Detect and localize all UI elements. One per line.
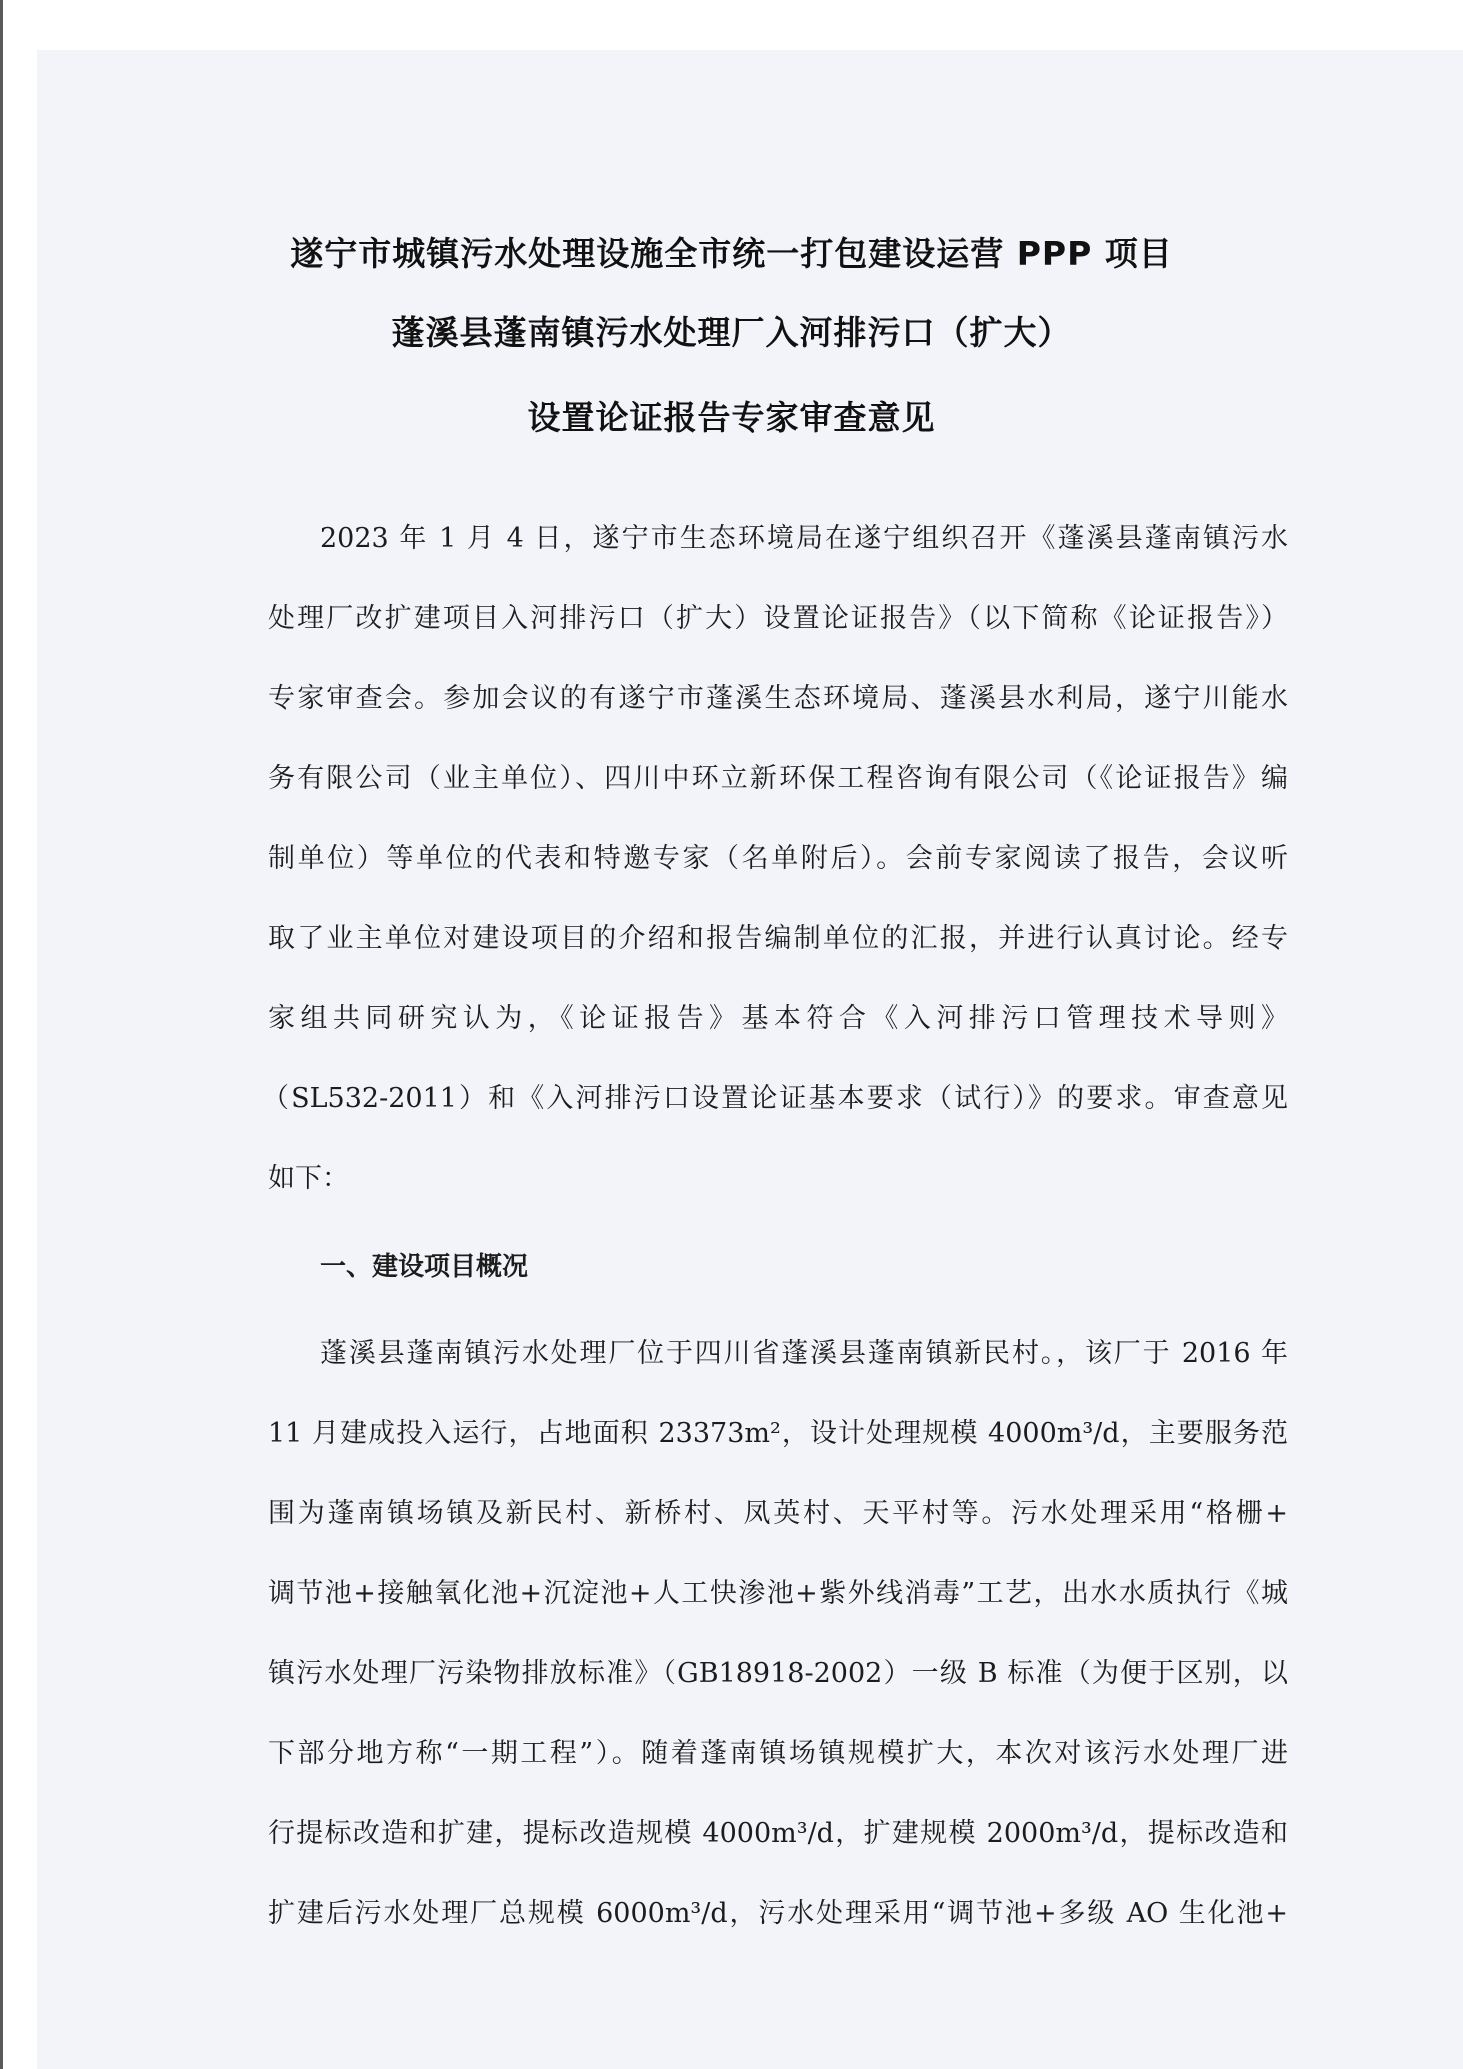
text-line: 制单位）等单位的代表和特邀专家（名单附后）。会前专家阅读了报告，会议听 bbox=[268, 842, 1288, 876]
text-line: 如下： bbox=[268, 1162, 1288, 1196]
section-heading-1: 一、建设项目概况 bbox=[320, 1250, 528, 1284]
text-line: 镇污水处理厂污染物排放标准》（GB18918-2002）一级 B 标准（为便于区… bbox=[268, 1657, 1288, 1691]
text-line: 专家审查会。参加会议的有遂宁市蓬溪生态环境局、蓬溪县水利局，遂宁川能水 bbox=[268, 682, 1288, 716]
text-line: （SL532-2011）和《入河排污口设置论证基本要求（试行）》的要求。审查意见 bbox=[262, 1082, 1288, 1116]
text-line: 调节池+接触氧化池+沉淀池+人工快渗池+紫外线消毒”工艺，出水水质执行《城 bbox=[268, 1577, 1288, 1611]
text-line: 行提标改造和扩建，提标改造规模 4000m³/d，扩建规模 2000m³/d，提… bbox=[268, 1817, 1288, 1851]
text-line: 家组共同研究认为，《论证报告》基本符合《入河排污口管理技术导则》 bbox=[268, 1002, 1288, 1036]
text-line: 2023 年 1 月 4 日，遂宁市生态环境局在遂宁组织召开《蓬溪县蓬南镇污水 bbox=[320, 522, 1288, 556]
title-line-2: 蓬溪县蓬南镇污水处理厂入河排污口（扩大） bbox=[0, 307, 1463, 354]
text-line: 下部分地方称“一期工程”）。随着蓬南镇场镇规模扩大，本次对该污水处理厂进 bbox=[268, 1737, 1288, 1771]
title-line-1: 遂宁市城镇污水处理设施全市统一打包建设运营 PPP 项目 bbox=[0, 228, 1463, 275]
text-line: 取了业主单位对建设项目的介绍和报告编制单位的汇报，并进行认真讨论。经专 bbox=[268, 922, 1288, 956]
text-line: 11 月建成投入运行，占地面积 23373m²，设计处理规模 4000m³/d，… bbox=[268, 1417, 1288, 1451]
title-line-3: 设置论证报告专家审查意见 bbox=[0, 392, 1463, 439]
text-line: 处理厂改扩建项目入河排污口（扩大）设置论证报告》（以下简称《论证报告》） bbox=[268, 602, 1288, 636]
text-line: 围为蓬南镇场镇及新民村、新桥村、凤英村、天平村等。污水处理采用“格栅+ bbox=[268, 1497, 1288, 1531]
text-line: 务有限公司（业主单位）、四川中环立新环保工程咨询有限公司（《论证报告》编 bbox=[268, 762, 1288, 796]
text-line: 扩建后污水处理厂总规模 6000m³/d，污水处理采用“调节池+多级 AO 生化… bbox=[268, 1897, 1288, 1931]
text-line: 蓬溪县蓬南镇污水处理厂位于四川省蓬溪县蓬南镇新民村。，该厂于 2016 年 bbox=[320, 1337, 1288, 1371]
